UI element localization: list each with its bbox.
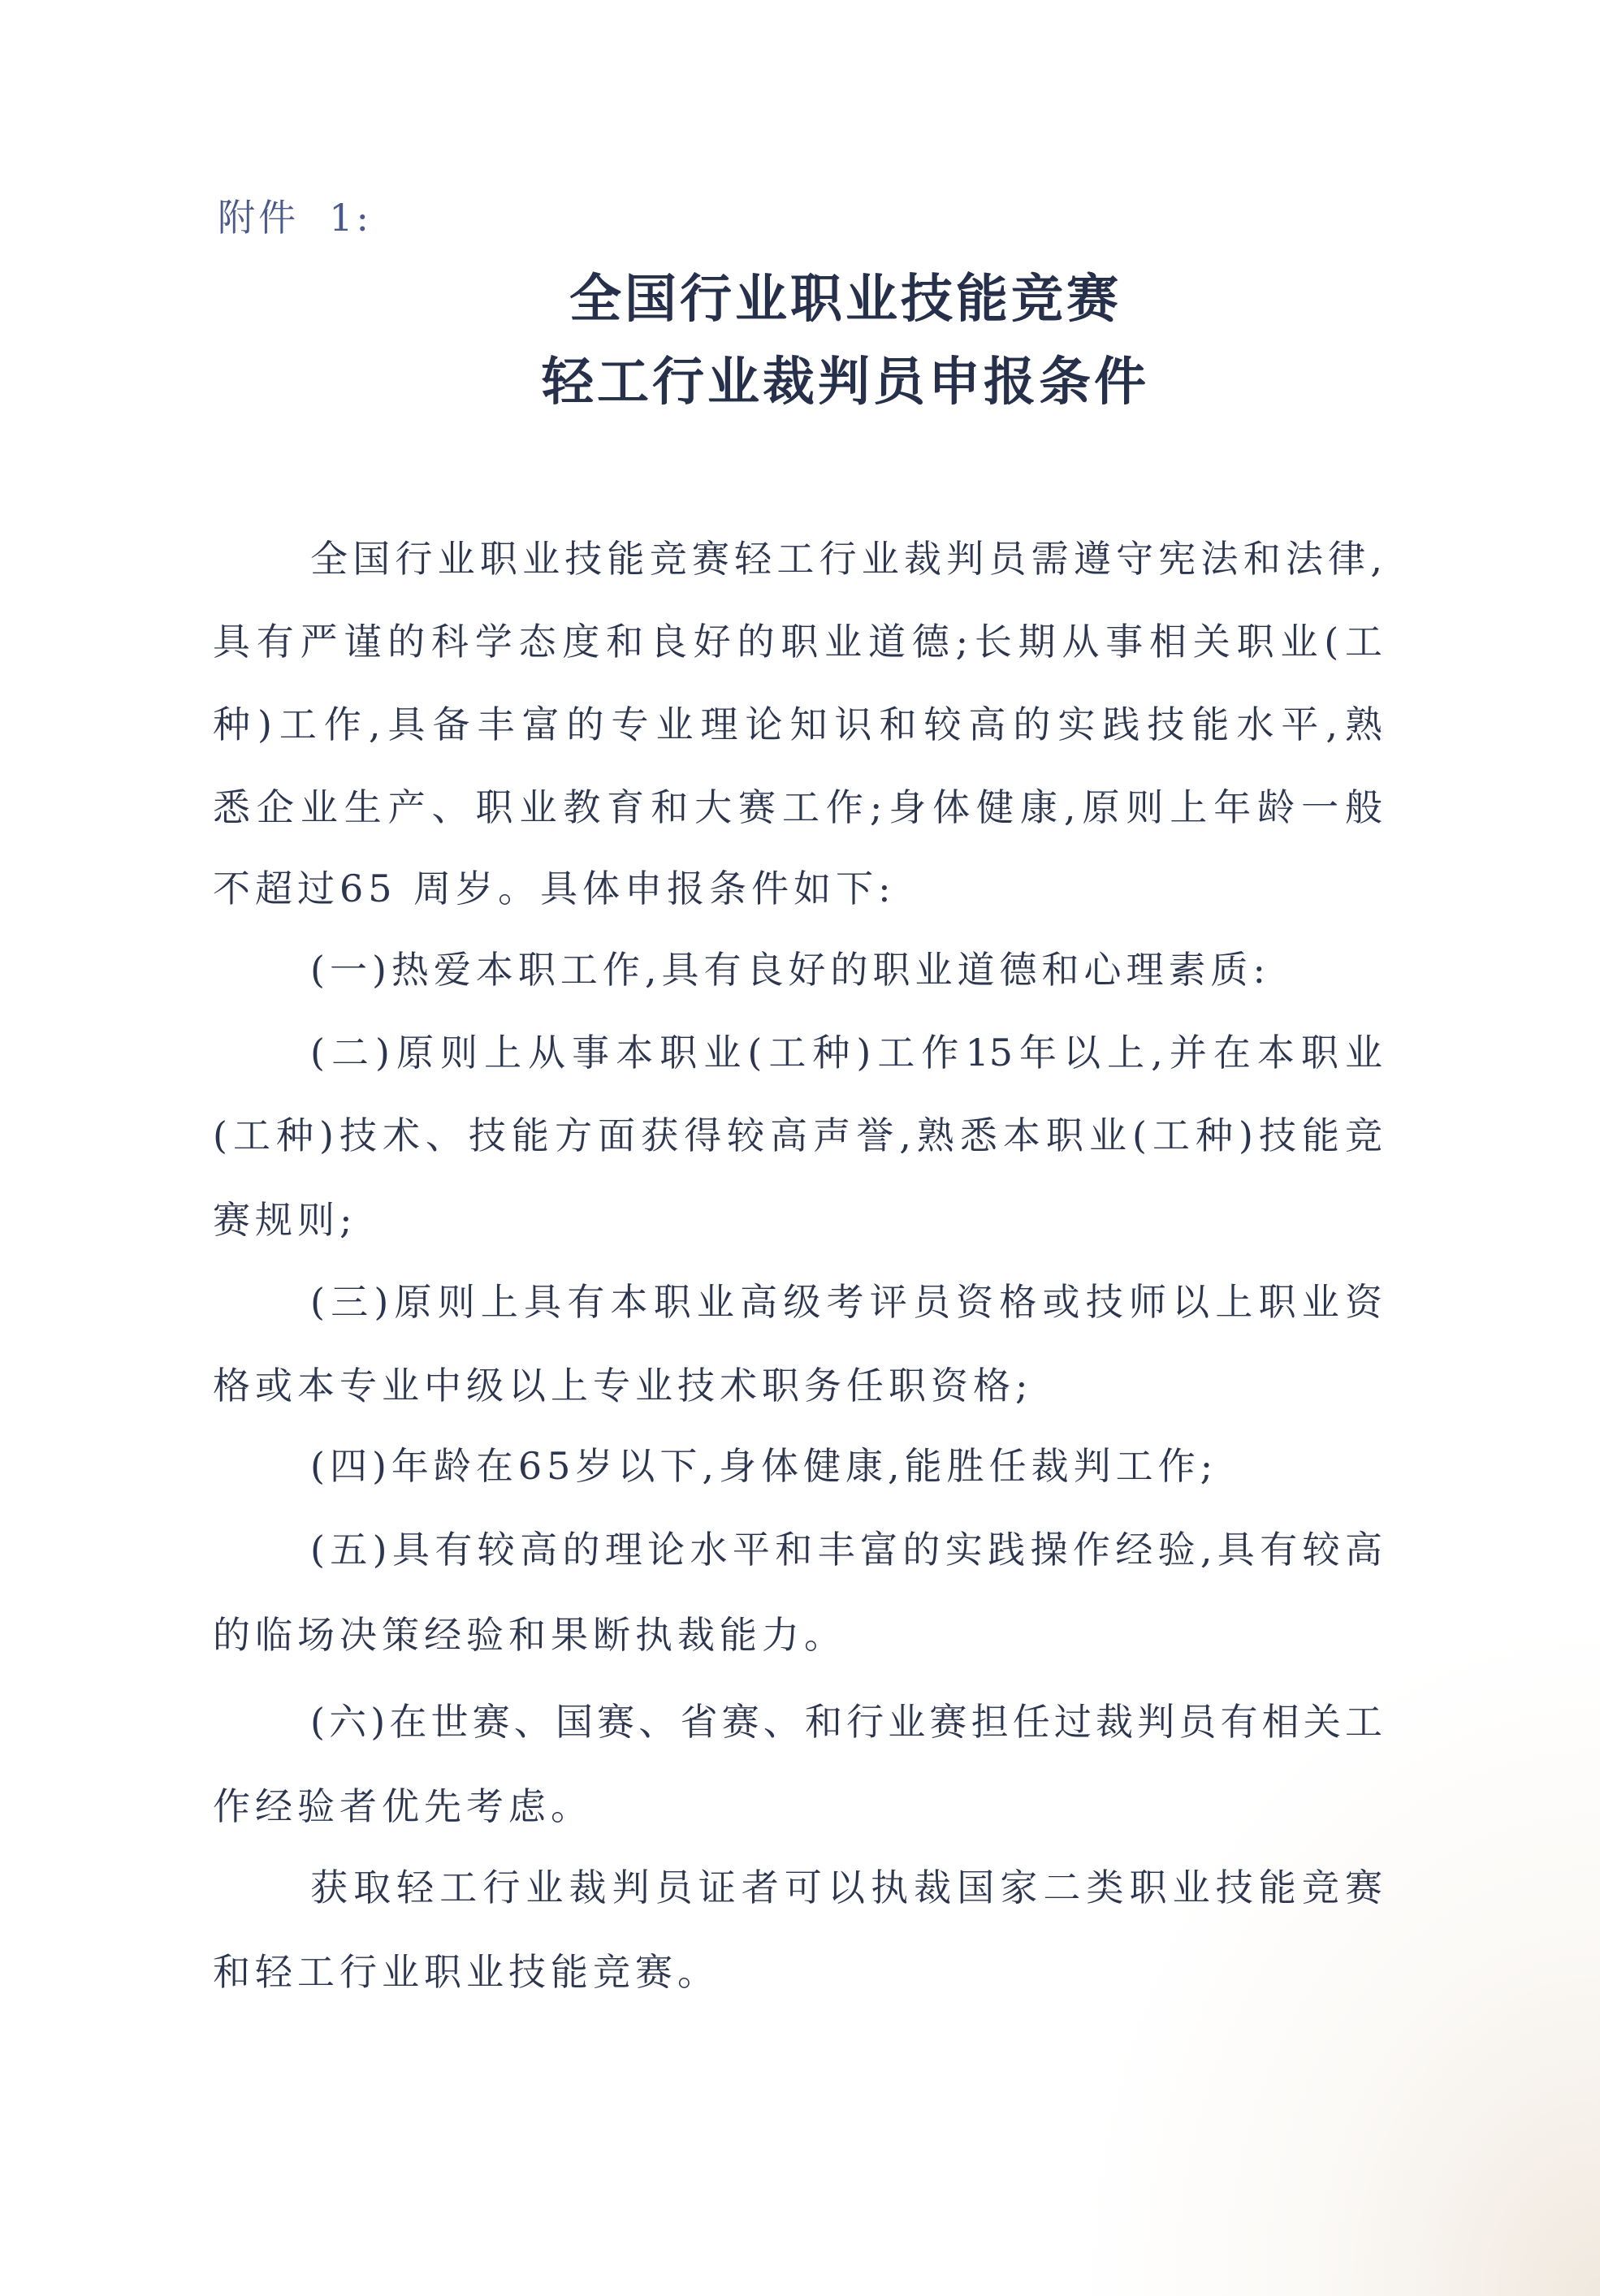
document-title-line-1: 全国行业职业技能竞赛 bbox=[0, 270, 1600, 329]
condition-2: (二)原则上从事本职业(工种)工作15年以上,并在本职业 bbox=[310, 1030, 1382, 1075]
condition-4: (四)年龄在65岁以下,身体健康,能胜任裁判工作; bbox=[310, 1443, 1382, 1489]
intro-line: 不超过65 周岁。具体申报条件如下: bbox=[213, 866, 1382, 911]
intro-line: 悉企业生产、职业教育和大赛工作;身体健康,原则上年龄一般 bbox=[213, 785, 1382, 830]
condition-6-cont: 作经验者优先考虑。 bbox=[213, 1784, 1382, 1829]
condition-2-cont: 赛规则; bbox=[213, 1197, 1382, 1243]
condition-2-cont: (工种)技术、技能方面获得较高声誉,熟悉本职业(工种)技能竞 bbox=[213, 1113, 1382, 1158]
paper-shadow bbox=[1031, 1565, 1600, 2296]
condition-3: (三)原则上具有本职业高级考评员资格或技师以上职业资 bbox=[310, 1279, 1382, 1325]
condition-1: (一)热爱本职工作,具有良好的职业道德和心理素质: bbox=[310, 947, 1382, 992]
intro-line: 全国行业职业技能竞赛轻工行业裁判员需遵守宪法和法律, bbox=[310, 536, 1382, 582]
condition-6: (六)在世赛、国赛、省赛、和行业赛担任过裁判员有相关工 bbox=[310, 1699, 1382, 1745]
closing-line: 获取轻工行业裁判员证者可以执裁国家二类职业技能竞赛 bbox=[310, 1865, 1382, 1910]
intro-line: 具有严谨的科学态度和良好的职业道德;长期从事相关职业(工 bbox=[213, 619, 1382, 664]
condition-5-cont: 的临场决策经验和果断执裁能力。 bbox=[213, 1612, 1382, 1658]
condition-3-cont: 格或本专业中级以上专业技术职务任职资格; bbox=[213, 1363, 1382, 1408]
intro-line: 种)工作,具备丰富的专业理论知识和较高的实践技能水平,熟 bbox=[213, 702, 1382, 747]
condition-5: (五)具有较高的理论水平和丰富的实践操作经验,具有较高 bbox=[310, 1527, 1382, 1572]
closing-line: 和轻工行业职业技能竞赛。 bbox=[213, 1949, 1382, 1995]
attachment-label: 附件 1: bbox=[218, 195, 372, 240]
document-title-line-2: 轻工行业裁判员申报条件 bbox=[0, 353, 1600, 412]
